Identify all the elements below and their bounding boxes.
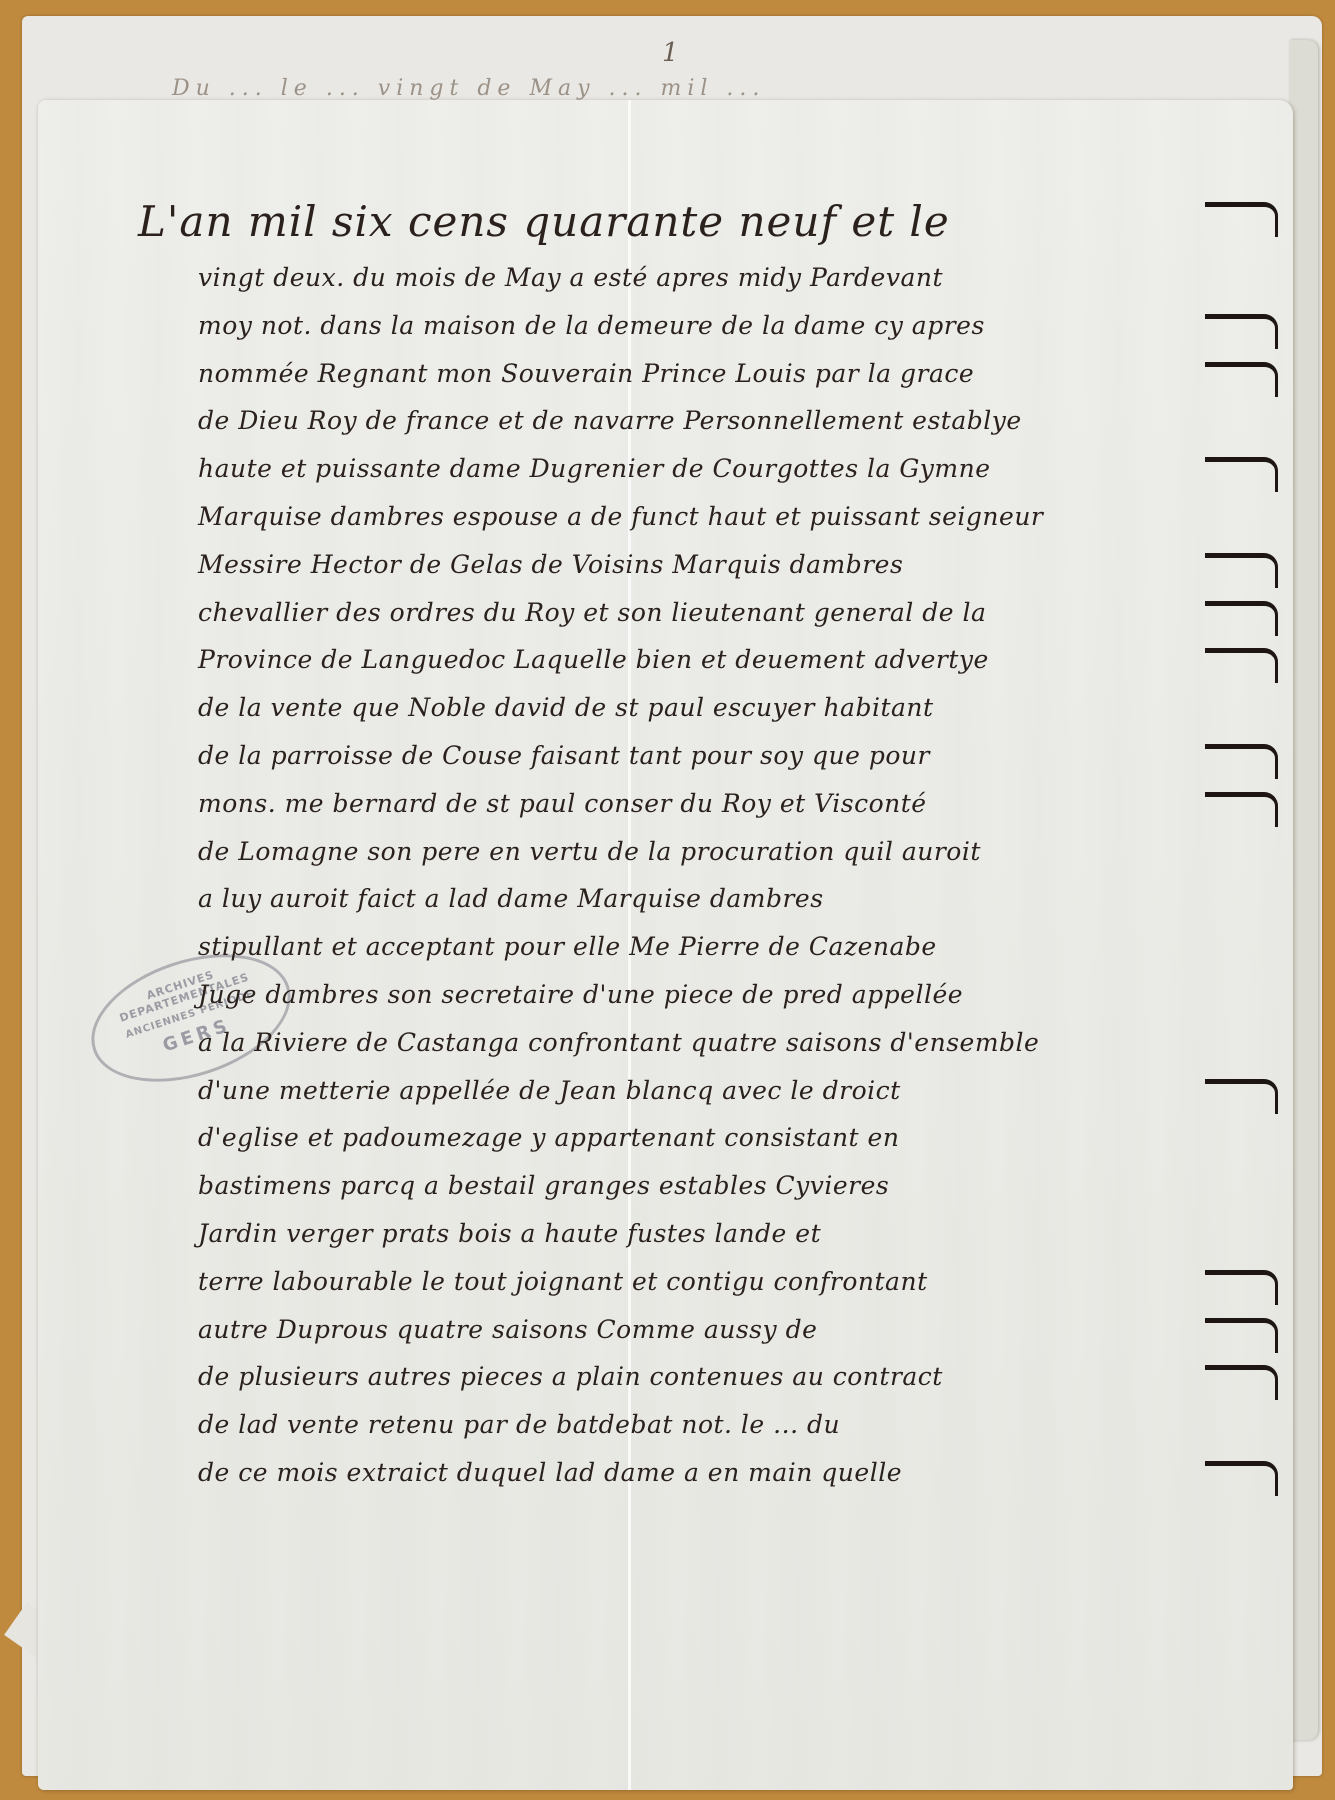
- text-line: de la parroisse de Couse faisant tant po…: [158, 732, 1278, 780]
- line-filler-flourish: [1205, 1318, 1278, 1353]
- line-filler-flourish: [1205, 202, 1278, 237]
- text-line: a luy auroit faict a lad dame Marquise d…: [158, 875, 1278, 923]
- line-filler-flourish: [1205, 1461, 1278, 1496]
- text-line: Jardin verger prats bois a haute fustes …: [158, 1210, 1278, 1258]
- text-line: Messire Hector de Gelas de Voisins Marqu…: [158, 541, 1278, 589]
- line-filler-flourish: [1205, 792, 1278, 827]
- text-line: Marquise dambres espouse a de funct haut…: [158, 493, 1278, 541]
- line-filler-flourish: [1205, 744, 1278, 779]
- text-line: Province de Languedoc Laquelle bien et d…: [158, 636, 1278, 684]
- line-filler-flourish: [1205, 1079, 1278, 1114]
- text-line: de Dieu Roy de france et de navarre Pers…: [158, 397, 1278, 445]
- text-line: de la vente que Noble david de st paul e…: [158, 684, 1278, 732]
- folio-mark: 1: [662, 38, 679, 68]
- text-line: de ce mois extraict duquel lad dame a en…: [158, 1449, 1278, 1497]
- page-stack-edge: [1290, 40, 1318, 1740]
- line-filler-flourish: [1205, 553, 1278, 588]
- text-line: d'eglise et padoumezage y appartenant co…: [158, 1114, 1278, 1162]
- line-filler-flourish: [1205, 1270, 1278, 1305]
- text-line: haute et puissante dame Dugrenier de Cou…: [158, 445, 1278, 493]
- text-line: L'an mil six cens quarante neuf et le: [138, 190, 1278, 254]
- line-filler-flourish: [1205, 314, 1278, 349]
- text-line: chevallier des ordres du Roy et son lieu…: [158, 589, 1278, 637]
- back-sheet-header: Du ... le ... vingt de May ... mil ...: [172, 76, 1212, 101]
- line-filler-flourish: [1205, 648, 1278, 683]
- text-line: vingt deux. du mois de May a esté apres …: [158, 254, 1278, 302]
- text-line: a la Riviere de Castanga confrontant qua…: [158, 1019, 1278, 1067]
- text-line: stipullant et acceptant pour elle Me Pie…: [158, 923, 1278, 971]
- text-line: terre labourable le tout joignant et con…: [158, 1258, 1278, 1306]
- text-line: autre Duprous quatre saisons Comme aussy…: [158, 1306, 1278, 1354]
- text-line: bastimens parcq a bestail granges establ…: [158, 1162, 1278, 1210]
- text-line: nommée Regnant mon Souverain Prince Loui…: [158, 350, 1278, 398]
- text-line: de plusieurs autres pieces a plain conte…: [158, 1353, 1278, 1401]
- text-line: de Lomagne son pere en vertu de la procu…: [158, 828, 1278, 876]
- line-filler-flourish: [1205, 362, 1278, 397]
- line-filler-flourish: [1205, 457, 1278, 492]
- manuscript-text: L'an mil six cens quarante neuf et le vi…: [158, 190, 1278, 1497]
- text-line: d'une metterie appellée de Jean blancq a…: [158, 1067, 1278, 1115]
- line-filler-flourish: [1205, 1365, 1278, 1400]
- text-line: moy not. dans la maison de la demeure de…: [158, 302, 1278, 350]
- text-line: Juge dambres son secretaire d'une piece …: [158, 971, 1278, 1019]
- manuscript-page: ARCHIVES DEPARTEMENTALES ANCIENNES PERIO…: [38, 100, 1293, 1790]
- text-line: mons. me bernard de st paul conser du Ro…: [158, 780, 1278, 828]
- text-line: de lad vente retenu par de batdebat not.…: [158, 1401, 1278, 1449]
- line-filler-flourish: [1205, 601, 1278, 636]
